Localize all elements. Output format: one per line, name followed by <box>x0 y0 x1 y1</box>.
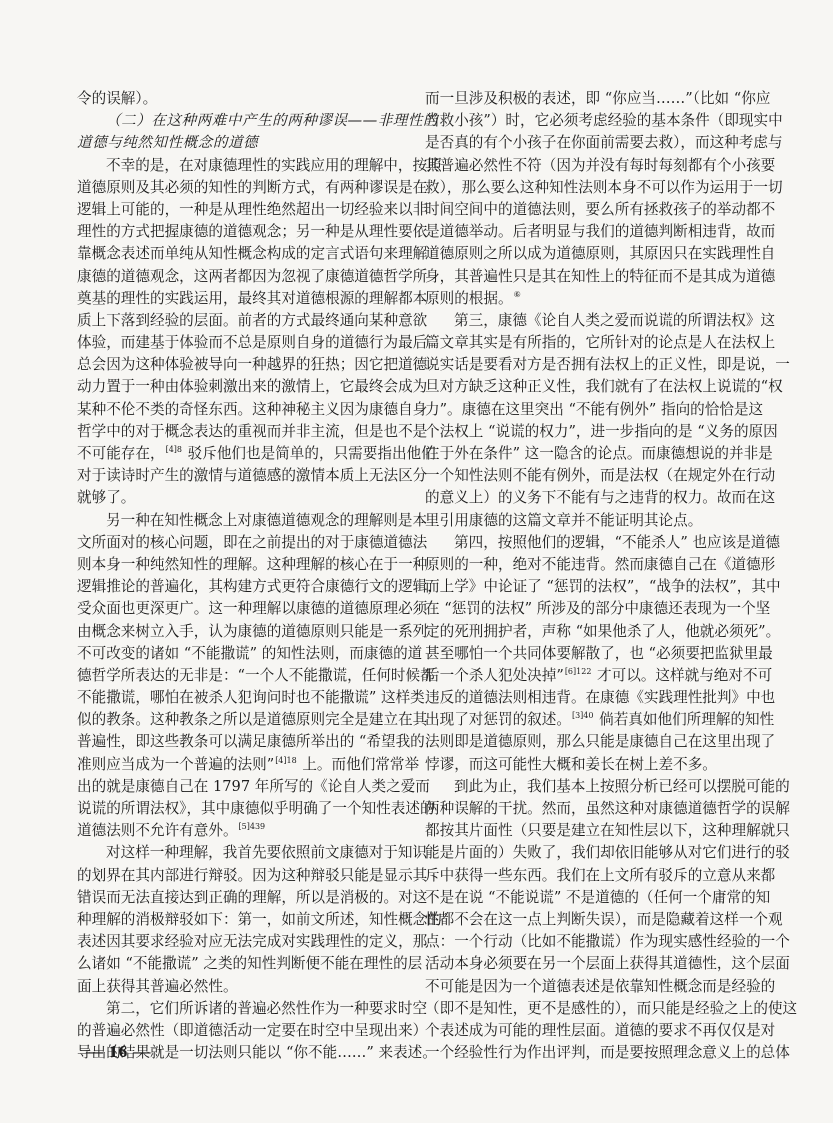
text-line: 第二，它们所诉诸的普遍必然性作为一种要求时空 <box>77 998 413 1020</box>
text-line: 受众面也更深更广。这一种理解以康德的道德原理必须 <box>77 598 413 620</box>
line-text: 康德的道德观念，这两者都因为忽视了康德道德哲学所 <box>77 268 427 285</box>
text-line: 个法权上 “说谎的权力”，进一步指向的是 “义务的原因 <box>425 421 761 443</box>
line-text: 出现了对惩罚的叙述。 <box>425 711 571 728</box>
text-line: 能是片面的）失败了，我们却依旧能够从对它们进行的驳 <box>425 842 761 864</box>
right-text-column: 而一旦涉及积极的表述，即 “你应当……”（比如 “你应当救小孩”）时，它必须考虑… <box>425 88 761 1064</box>
text-line: 到此为止，我们基本上按照分析已经可以摆脱可能的 <box>425 776 761 798</box>
line-text: 逻辑上可能的，一种是从理性绝然超出一切经验来以非 <box>77 201 427 218</box>
line-text: 表述因其要求经验对应无法完成对实践理性的定义，那 <box>77 933 427 950</box>
line-text: 奠基的理性的实践运用，最终其对道德根源的理解都本 <box>77 290 427 307</box>
text-line: 文所面对的核心问题，即在之前提出的对于康德道德法 <box>77 532 413 554</box>
line-text: 都按其片面性（只要是建立在知性层以下，这种理解就只 <box>425 822 790 839</box>
line-text: 时间空间中的道德法则，要么所有拯救孩子的举动都不 <box>425 201 775 218</box>
text-line: 两种误解的干扰。然而，虽然这种对康德道德哲学的误解 <box>425 798 761 820</box>
text-line: 一个经验性行为作出评判，而是要按照理念意义上的总体 <box>425 1042 761 1064</box>
text-line: 质上下落到经验的层面。前者的方式最终通向某种意欲 <box>77 310 413 332</box>
line-text: 的普遍必然性（即道德活动一定要在时空中呈现出来） <box>77 1022 427 1039</box>
line-text: 面上获得其普遍必然性。 <box>77 978 238 995</box>
text-line: 不可改变的诸如 “不能撒谎” 的知性法则，而康德的道 <box>77 643 413 665</box>
text-line: 表述因其要求经验对应无法完成对实践理性的定义，那 <box>77 931 413 953</box>
text-line: 点：一个行动（比如不能撒谎）作为现实感性经验的一个 <box>425 931 761 953</box>
line-text: 而一旦涉及积极的表述，即 “你应当……”（比如 “你应 <box>425 90 770 107</box>
line-text: 斥中获得一些东西。我们在上文所有驳斥的立意从来都 <box>425 867 775 884</box>
line-text: 不可能是因为一个道德表述是依靠知性概念而是经验的 <box>425 978 775 995</box>
text-line: 的划界在其内部进行辩驳。因为这种辩驳只能是显示其 <box>77 865 413 887</box>
text-line: 对这样一种理解，我首先要依照前文康德对于知识 <box>77 842 413 864</box>
citation-reference: [6]122 <box>565 667 592 676</box>
line-text: 的划界在其内部进行辩驳。因为这种辩驳只能是显示其 <box>77 867 427 884</box>
text-line: 错误而无法直接达到正确的理解，所以是消极的。对这 <box>77 887 413 909</box>
text-line: 活动本身必须要在另一个层面上获得其道德性，这个层面 <box>425 953 761 975</box>
text-line: （二）在这种两难中产生的两种谬误——非理性的 <box>77 110 413 132</box>
text-line: 么诸如 “不能撒谎” 之类的知性判断便不能在理性的层 <box>77 953 413 975</box>
text-line: 出的就是康德自己在 1797 年所写的《论自人类之爱而 <box>77 776 413 798</box>
line-text: 总会因为这种体验被导向一种越界的狂热；因它把道德 <box>77 356 427 373</box>
line-text-after-citation: 上。而他们常常举 <box>298 756 419 773</box>
text-line: 德哲学所表达的无非是：“一个人不能撒谎，任何时候都 <box>77 665 413 687</box>
line-text: 是道德举动。后者明显与我们的道德判断相违背，故而 <box>425 223 775 240</box>
text-line: 康德的道德观念，这两者都因为忽视了康德道德哲学所 <box>77 266 413 288</box>
text-line: 而一旦涉及积极的表述，即 “你应当……”（比如 “你应 <box>425 88 761 110</box>
line-text: 是否真的有个小孩子在你面前需要去救），而这种考虑与 <box>425 134 783 151</box>
line-text: 不可改变的诸如 “不能撒谎” 的知性法则，而康德的道 <box>77 645 422 662</box>
journal-page: 令的误解）。（二）在这种两难中产生的两种谬误——非理性的道德与纯然知性概念的道德… <box>0 0 833 1123</box>
citation-reference: [4]8 <box>166 445 182 454</box>
line-text: 道德法则不允许有意外。 <box>77 822 238 839</box>
text-line: 似的教条。这种教条之所以是道德原则完全是建立在其 <box>77 709 413 731</box>
text-line: 不能撒谎，哪怕在被杀人犯询问时也不能撒谎” 这样类 <box>77 687 413 709</box>
text-line: 就够了。 <box>77 487 413 509</box>
line-text: 说实话是要看对方是否拥有法权上的正义性，即是说，一 <box>425 356 790 373</box>
text-line: 而上学》中论证了 “惩罚的法权”，“战争的法权”，其中 <box>425 576 761 598</box>
citation-reference: [5]439 <box>239 822 266 831</box>
text-line: 不是在说 “不能说谎” 不是道德的（任何一个庸常的知 <box>425 887 761 909</box>
line-text: 道德原则之所以成为道德原则，其原因只在实践理性自 <box>425 245 775 262</box>
text-line: 定的死刑拥护者，声称 “如果他杀了人，他就必须死”。 <box>425 621 761 643</box>
line-text-after-citation: 倘若真如他们所理解的知性 <box>594 711 774 728</box>
line-text: 而上学》中论证了 “惩罚的法权”，“战争的法权”，其中 <box>425 578 781 595</box>
text-line: 理性的方式把握康德的道德观念；另一种是从理性要依 <box>77 221 413 243</box>
text-line: 原则的一种，绝对不能违背。然而康德自己在《道德形 <box>425 554 761 576</box>
text-line: 种理解的消极辩驳如下：第一，如前文所述，知性概念的 <box>77 909 413 931</box>
line-text: 另一种在知性概念上对康德道德观念的理解则是本 <box>106 512 427 529</box>
line-text: 对于读诗时产生的激情与道德感的激情本质上无法区分 <box>77 467 427 484</box>
line-text: 由概念来树立入手，认为康德的道德原则只能是一系列 <box>77 623 427 640</box>
line-text: 不幸的是，在对康德理性的实践应用的理解中，按照 <box>106 157 442 174</box>
text-line: 则本身一种纯然知性的理解。这种理解的核心在于一种 <box>77 554 413 576</box>
text-line: 旦对方缺乏这种正义性，我们就有了在法权上说谎的“权 <box>425 376 761 398</box>
text-line: 哲学中的对于概念表达的重视而并非主流，但是也不是 <box>77 421 413 443</box>
text-line: 不可能存在，[4]8 驳斥他们也是简单的，只需要指出他们 <box>77 443 413 465</box>
line-text: 对这样一种理解，我首先要依照前文康德对于知识 <box>106 844 427 861</box>
line-text: 在 “惩罚的法权” 所涉及的部分中康德还表现为一个坚 <box>425 600 770 617</box>
line-text: 第四，按照他们的逻辑，“不能杀人” 也应该是道德 <box>454 534 780 551</box>
line-text: 逻辑推论的普遍化，其构建方式更符合康德行文的逻辑， <box>77 578 442 595</box>
text-line: 准则应当成为一个普遍的法则”[4]18 上。而他们常常举 <box>77 754 413 776</box>
line-text: 理性的方式把握康德的道德观念；另一种是从理性要依 <box>77 223 427 240</box>
line-text: 法则即是道德原则，那么只能是康德自己在这里出现了 <box>425 733 775 750</box>
line-text: 力”。康德在这里突出 “不能有例外” 指向的恰恰是这 <box>425 401 763 418</box>
text-line: 后一个杀人犯处决掉”[6]122 才可以。这样就与绝对不可 <box>425 665 761 687</box>
line-text: 不能撒谎，哪怕在被杀人犯询问时也不能撒谎” 这样类 <box>77 689 425 706</box>
text-line: 是道德举动。后者明显与我们的道德判断相违背，故而 <box>425 221 761 243</box>
text-line: 体验，而建基于体验而不总是原则自身的道德行为最后 <box>77 332 413 354</box>
line-text: 原则的根据。 <box>425 290 513 307</box>
text-line: 在 “惩罚的法权” 所涉及的部分中康德还表现为一个坚 <box>425 598 761 620</box>
line-text: 定的死刑拥护者，声称 “如果他杀了人，他就必须死”。 <box>425 623 780 640</box>
text-line: 逻辑上可能的，一种是从理性绝然超出一切经验来以非 <box>77 199 413 221</box>
text-line: 不幸的是，在对康德理性的实践应用的理解中，按照 <box>77 155 413 177</box>
line-text: 活动本身必须要在另一个层面上获得其道德性，这个层面 <box>425 955 790 972</box>
text-line: 当救小孩”）时，它必须考虑经验的基本条件（即现实中 <box>425 110 761 132</box>
text-line: 不可能是因为一个道德表述是依靠知性概念而是经验的 <box>425 976 761 998</box>
text-line: 逻辑推论的普遍化，其构建方式更符合康德行文的逻辑， <box>77 576 413 598</box>
line-text: 哲学中的对于概念表达的重视而并非主流，但是也不是 <box>77 423 427 440</box>
citation-reference: ⑥ <box>514 290 521 299</box>
line-text: 里引用康德的这篇文章并不能证明其论点。 <box>425 512 702 529</box>
text-line: 是否真的有个小孩子在你面前需要去救），而这种考虑与 <box>425 132 761 154</box>
text-line: 说谎的所谓法权》，其中康德似乎明确了一个知性表述的 <box>77 798 413 820</box>
line-text: 德哲学所表达的无非是：“一个人不能撒谎，任何时候都 <box>77 667 435 684</box>
text-line: 靠概念表述而单纯从知性概念构成的定言式语句来理解 <box>77 243 413 265</box>
line-text: 篇文章其实是有所指的，它所针对的论点是人在法权上 <box>425 334 775 351</box>
text-line: 身，其普遍性只是其在知性上的特征而不是其成为道德 <box>425 266 761 288</box>
text-line: 甚至哪怕一个共同体要解散了，也 “必须要把监狱里最 <box>425 643 761 665</box>
text-line: 篇文章其实是有所指的，它所针对的论点是人在法权上 <box>425 332 761 354</box>
line-text: 的意义上）的义务下不能有与之违背的权力。故而在这 <box>425 489 775 506</box>
line-text: 两种误解的干扰。然而，虽然这种对康德道德哲学的误解 <box>425 800 790 817</box>
text-line: 动力置于一种由体验刺激出来的激情上，它最终会成为 <box>77 376 413 398</box>
line-text: 令的误解）。 <box>77 90 157 107</box>
line-text: 一个经验性行为作出评判，而是要按照理念意义上的总体 <box>425 1044 790 1061</box>
text-line: 力”。康德在这里突出 “不能有例外” 指向的恰恰是这 <box>425 399 761 421</box>
line-text: （即不是知性，更不是感性的），而只能是经验之上的使这 <box>425 1000 797 1017</box>
line-text: 普遍性，即这些教条可以满足康德所举出的 “希望我的 <box>77 733 425 750</box>
text-line: 在于外在条件” 这一隐含的论点。而康德想说的并非是 <box>425 443 761 465</box>
text-line: （即不是知性，更不是感性的），而只能是经验之上的使这 <box>425 998 761 1020</box>
line-text: 不是在说 “不能说谎” 不是道德的（任何一个庸常的知 <box>425 889 770 906</box>
line-text: 第二，它们所诉诸的普遍必然性作为一种要求时空 <box>106 1000 427 1017</box>
text-line: 法则即是道德原则，那么只能是康德自己在这里出现了 <box>425 731 761 753</box>
line-text: 靠概念表述而单纯从知性概念构成的定言式语句来理解 <box>77 245 427 262</box>
text-line: 都按其片面性（只要是建立在知性层以下，这种理解就只 <box>425 820 761 842</box>
line-text: 动力置于一种由体验刺激出来的激情上，它最终会成为 <box>77 378 427 395</box>
line-text: 旦对方缺乏这种正义性，我们就有了在法权上说谎的“权 <box>425 378 783 395</box>
line-text: 就够了。 <box>77 489 135 506</box>
text-line: 救），那么要么这种知性法则本身不可以作为运用于一切 <box>425 177 761 199</box>
text-line: 令的误解）。 <box>77 88 413 110</box>
text-line: 一个知性法则不能有例外，而是法权（在规定外在行动 <box>425 465 761 487</box>
text-line: 另一种在知性概念上对康德道德观念的理解则是本 <box>77 510 413 532</box>
line-text: 道德与纯然知性概念的道德 <box>77 134 258 151</box>
line-text: 么诸如 “不能撒谎” 之类的知性判断便不能在理性的层 <box>77 955 422 972</box>
line-text: 悖谬，而这可能性大概和姜长在树上差不多。 <box>425 756 717 773</box>
text-line: 道德原则之所以成为道德原则，其原因只在实践理性自 <box>425 243 761 265</box>
line-text: 种理解的消极辩驳如下：第一，如前文所述，知性概念的 <box>77 911 442 928</box>
text-line: 悖谬，而这可能性大概和姜长在树上差不多。 <box>425 754 761 776</box>
line-text: 救），那么要么这种知性法则本身不可以作为运用于一切 <box>425 179 783 196</box>
text-line: 出现了对惩罚的叙述。[3]40 倘若真如他们所理解的知性 <box>425 709 761 731</box>
text-line: 第四，按照他们的逻辑，“不能杀人” 也应该是道德 <box>425 532 761 554</box>
line-text: 某种不伦不类的奇怪东西。这种神秘主义因为康德自身 <box>77 401 427 418</box>
line-text: 个法权上 “说谎的权力”，进一步指向的是 “义务的原因 <box>425 423 778 440</box>
left-text-column: 令的误解）。（二）在这种两难中产生的两种谬误——非理性的道德与纯然知性概念的道德… <box>77 88 413 1064</box>
text-line: 里引用康德的这篇文章并不能证明其论点。 <box>425 510 761 532</box>
line-text: （二）在这种两难中产生的两种谬误——非理性的 <box>106 112 438 129</box>
text-line: 原则的根据。⑥ <box>425 288 761 310</box>
text-line: 其普遍必然性不符（因为并没有每时每刻都有个小孩要 <box>425 155 761 177</box>
text-line: 第三，康德《论自人类之爱而说谎的所谓法权》这 <box>425 310 761 332</box>
line-text: 当救小孩”）时，它必须考虑经验的基本条件（即现实中 <box>425 112 783 129</box>
line-text: 能是片面的）失败了，我们却依旧能够从对它们进行的驳 <box>425 844 790 861</box>
line-text: 体验，而建基于体验而不总是原则自身的道德行为最后 <box>77 334 427 351</box>
line-text: 不可能存在， <box>77 445 165 462</box>
page-number: — 16 — <box>86 1042 152 1062</box>
line-text: 说谎的所谓法权》，其中康德似乎明确了一个知性表述的 <box>77 800 435 817</box>
text-line: 个表述成为可能的理性层面。道德的要求不再仅仅是对 <box>425 1020 761 1042</box>
line-text: 个表述成为可能的理性层面。道德的要求不再仅仅是对 <box>425 1022 775 1039</box>
line-text: 质上下落到经验的层面。前者的方式最终通向某种意欲 <box>77 312 427 329</box>
text-line: 普遍性，即这些教条可以满足康德所举出的 “希望我的 <box>77 731 413 753</box>
line-text: 错误而无法直接达到正确的理解，所以是消极的。对这 <box>77 889 427 906</box>
text-line: 由概念来树立入手，认为康德的道德原则只能是一系列 <box>77 621 413 643</box>
line-text: 受众面也更深更广。这一种理解以康德的道德原理必须 <box>77 600 427 617</box>
line-text: 出的就是康德自己在 1797 年所写的《论自人类之爱而 <box>77 778 430 795</box>
line-text: 准则应当成为一个普遍的法则” <box>77 756 274 773</box>
text-line: 的普遍必然性（即道德活动一定要在时空中呈现出来） <box>77 1020 413 1042</box>
text-line: 时间空间中的道德法则，要么所有拯救孩子的举动都不 <box>425 199 761 221</box>
citation-reference: [3]40 <box>572 711 594 720</box>
text-line: 性都不会在这一点上判断失误），而是隐藏着这样一个观 <box>425 909 761 931</box>
line-text: 其普遍必然性不符（因为并没有每时每刻都有个小孩要 <box>425 157 775 174</box>
line-text: 违反的道德法则相违背。在康德《实践理性批判》中也 <box>425 689 775 706</box>
line-text: 似的教条。这种教条之所以是道德原则完全是建立在其 <box>77 711 427 728</box>
text-line: 道德原则及其必须的知性的判断方式，有两种谬误是在 <box>77 177 413 199</box>
line-text: 身，其普遍性只是其在知性上的特征而不是其成为道德 <box>425 268 775 285</box>
text-line: 斥中获得一些东西。我们在上文所有驳斥的立意从来都 <box>425 865 761 887</box>
line-text-after-citation: 驳斥他们也是简单的，只需要指出他们 <box>183 445 436 462</box>
line-text: 文所面对的核心问题，即在之前提出的对于康德道德法 <box>77 534 427 551</box>
line-text: 点：一个行动（比如不能撒谎）作为现实感性经验的一个 <box>425 933 790 950</box>
text-line: 总会因为这种体验被导向一种越界的狂热；因它把道德 <box>77 354 413 376</box>
text-line: 奠基的理性的实践运用，最终其对道德根源的理解都本 <box>77 288 413 310</box>
line-text: 一个知性法则不能有例外，而是法权（在规定外在行动 <box>425 467 775 484</box>
text-line: 违反的道德法则相违背。在康德《实践理性批判》中也 <box>425 687 761 709</box>
text-line: 道德与纯然知性概念的道德 <box>77 132 413 154</box>
line-text: 则本身一种纯然知性的理解。这种理解的核心在于一种 <box>77 556 427 573</box>
line-text: 道德原则及其必须的知性的判断方式，有两种谬误是在 <box>77 179 427 196</box>
citation-reference: [4]18 <box>275 756 297 765</box>
text-line: 某种不伦不类的奇怪东西。这种神秘主义因为康德自身 <box>77 399 413 421</box>
text-line: 对于读诗时产生的激情与道德感的激情本质上无法区分 <box>77 465 413 487</box>
line-text: 后一个杀人犯处决掉” <box>425 667 564 684</box>
line-text: 第三，康德《论自人类之爱而说谎的所谓法权》这 <box>454 312 775 329</box>
text-line: 说实话是要看对方是否拥有法权上的正义性，即是说，一 <box>425 354 761 376</box>
line-text: 原则的一种，绝对不能违背。然而康德自己在《道德形 <box>425 556 775 573</box>
line-text: 性都不会在这一点上判断失误），而是隐藏着这样一个观 <box>425 911 783 928</box>
line-text: 甚至哪怕一个共同体要解散了，也 “必须要把监狱里最 <box>425 645 773 662</box>
text-line: 道德法则不允许有意外。[5]439 <box>77 820 413 842</box>
line-text-after-citation: 才可以。这样就与绝对不可 <box>592 667 772 684</box>
line-text: 到此为止，我们基本上按照分析已经可以摆脱可能的 <box>454 778 790 795</box>
text-line: 的意义上）的义务下不能有与之违背的权力。故而在这 <box>425 487 761 509</box>
line-text: 在于外在条件” 这一隐含的论点。而康德想说的并非是 <box>425 445 773 462</box>
text-line: 面上获得其普遍必然性。 <box>77 976 413 998</box>
